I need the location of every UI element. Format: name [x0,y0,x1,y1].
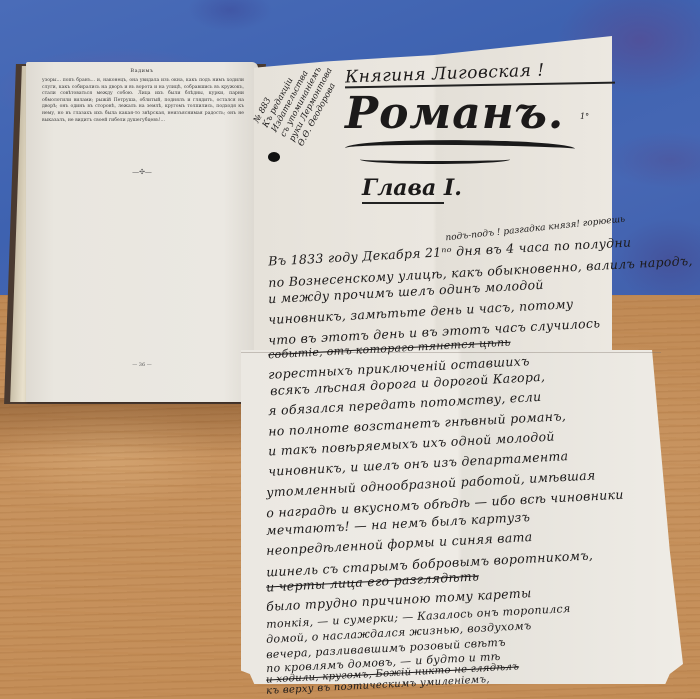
running-head: Вадимъ [26,68,258,74]
fleuron-ornament-icon: —✣— [26,168,258,176]
page-number: — 36 — [26,362,258,368]
photo-scene: Вадимъ узоры... попъ бранъ... и, наконец… [0,0,700,699]
manuscript-title: Романъ. [345,88,564,139]
printed-left-page: Вадимъ узоры... попъ бранъ... и, наконец… [26,62,258,402]
title-mark: 1° [580,112,589,121]
chapter-underline [362,202,444,204]
ink-blot-icon [268,152,280,162]
book-shadow [0,398,245,458]
subtitle-mark: ! [537,61,545,81]
title-flourish-lower-icon [360,155,510,164]
printed-paragraph: узоры... попъ бранъ... и, наконецъ, она … [42,78,244,124]
chapter-heading: Глава I. [362,175,462,201]
printed-body-text: узоры... попъ бранъ... и, наконецъ, она … [42,78,244,124]
